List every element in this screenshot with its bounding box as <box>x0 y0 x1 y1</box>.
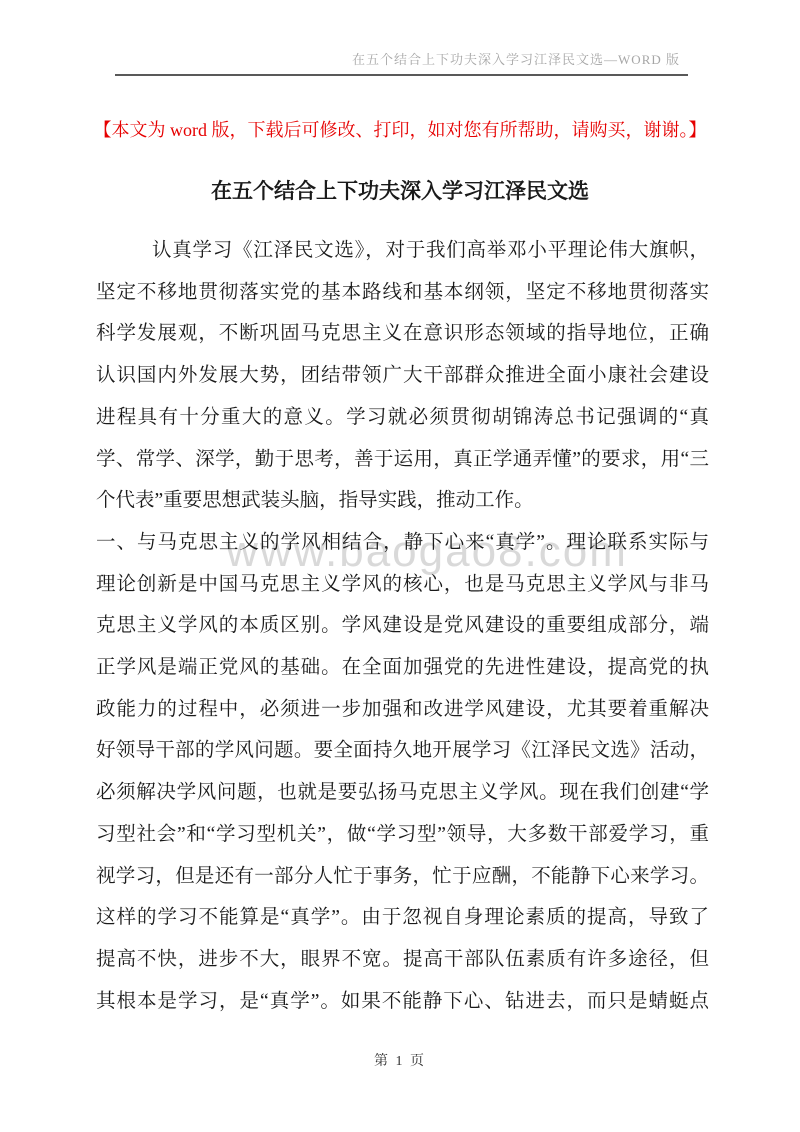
body-line: 好领导干部的学风问题。要全面持久地开展学习《江泽民文选》活动， <box>96 730 709 772</box>
body-line: 学、常学、深学，勤于思考，善于运用，真正学通弄懂”的要求，用“三 <box>96 439 709 481</box>
body-line: 一、与马克思主义的学风相结合，静下心来“真学”。理论联系实际与 <box>96 522 709 564</box>
document-title: 在五个结合上下功夫深入学习江泽民文选 <box>0 175 800 205</box>
body-line: 坚定不移地贯彻落实党的基本路线和基本纲领，坚定不移地贯彻落实 <box>96 272 709 314</box>
body-line: 提高不快，进步不大，眼界不宽。提高干部队伍素质有许多途径，但 <box>96 939 709 981</box>
body-line: 必须解决学风问题，也就是要弘扬马克思主义学风。现在我们创建“学 <box>96 772 709 814</box>
document-page: 在五个结合上下功夫深入学习江泽民文选—WORD 版 【本文为 word 版，下载… <box>0 0 800 1132</box>
purchase-notice-text: 【本文为 word 版，下载后可修改、打印，如对您有所帮助，请购买，谢谢。】 <box>0 116 800 142</box>
body-line: 政能力的过程中，必须进一步加强和改进学风建设，尤其要着重解决 <box>96 689 709 731</box>
body-line: 其根本是学习，是“真学”。如果不能静下心、钻进去，而只是蜻蜓点 <box>96 981 709 1023</box>
body-line: 视学习，但是还有一部分人忙于事务，忙于应酬，不能静下心来学习。 <box>96 856 709 898</box>
header-divider-rule <box>115 74 688 76</box>
page-header-title: 在五个结合上下功夫深入学习江泽民文选—WORD 版 <box>352 49 680 68</box>
body-line: 认真学习《江泽民文选》，对于我们高举邓小平理论伟大旗帜， <box>96 230 709 272</box>
body-line: 进程具有十分重大的意义。学习就必须贯彻胡锦涛总书记强调的“真 <box>96 397 709 439</box>
body-line: 认识国内外发展大势，团结带领广大干部群众推进全面小康社会建设 <box>96 355 709 397</box>
body-line: 克思主义学风的本质区别。学风建设是党风建设的重要组成部分，端 <box>96 605 709 647</box>
body-line: 科学发展观，不断巩固马克思主义在意识形态领域的指导地位，正确 <box>96 313 709 355</box>
body-line: 正学风是端正党风的基础。在全面加强党的先进性建设，提高党的执 <box>96 647 709 689</box>
body-lines: 认真学习《江泽民文选》，对于我们高举邓小平理论伟大旗帜，坚定不移地贯彻落实党的基… <box>96 230 709 1022</box>
body-line: 这样的学习不能算是“真学”。由于忽视自身理论素质的提高，导致了 <box>96 897 709 939</box>
body-line: 习型社会”和“学习型机关”，做“学习型”领导，大多数干部爱学习，重 <box>96 814 709 856</box>
page-number-footer: 第 1 页 <box>0 1050 800 1070</box>
body-line: 个代表”重要思想武装头脑，指导实践，推动工作。 <box>96 480 709 522</box>
body-line: 理论创新是中国马克思主义学风的核心，也是马克思主义学风与非马 <box>96 564 709 606</box>
